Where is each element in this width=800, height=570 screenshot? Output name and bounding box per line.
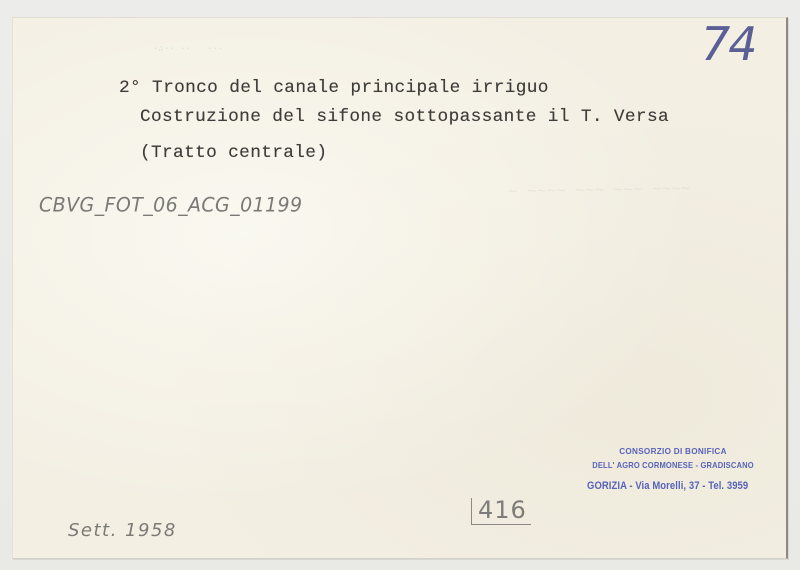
catalog-code: CBVG_FOT_06_ACG_01199 xyxy=(39,196,303,216)
caption-line-2: Costruzione del sifone sottopassante il … xyxy=(140,109,669,127)
scan-background: ·∴·· ·· ··· ~ ~~~~ ~~~ ~~~ ~~~~ 74 2° Tr… xyxy=(0,0,800,570)
inventory-number: 416 xyxy=(471,498,531,525)
bleed-through-marks: ·∴·· ·· ··· xyxy=(153,45,223,54)
bleed-through-marks: ~ ~~~~ ~~~ ~~~ ~~~~ xyxy=(508,181,691,200)
stamp-line-3: GORIZIA - Via Morelli, 37 - Tel. 3959 xyxy=(587,480,759,492)
handwritten-date: Sett. 1958 xyxy=(68,522,177,540)
stamp-line-1: CONSORZIO DI BONIFICA xyxy=(578,446,768,456)
page-number: 74 xyxy=(701,21,756,67)
caption-line-3: (Tratto centrale) xyxy=(140,145,327,163)
stamp-line-2: DELL' AGRO CORMONESE - GRADISCANO xyxy=(581,461,765,470)
consortium-stamp: CONSORZIO DI BONIFICA DELL' AGRO CORMONE… xyxy=(573,446,773,492)
photo-card-verso: ·∴·· ·· ··· ~ ~~~~ ~~~ ~~~ ~~~~ 74 2° Tr… xyxy=(12,17,788,559)
caption-line-1: 2° Tronco del canale principale irriguo xyxy=(119,80,549,98)
